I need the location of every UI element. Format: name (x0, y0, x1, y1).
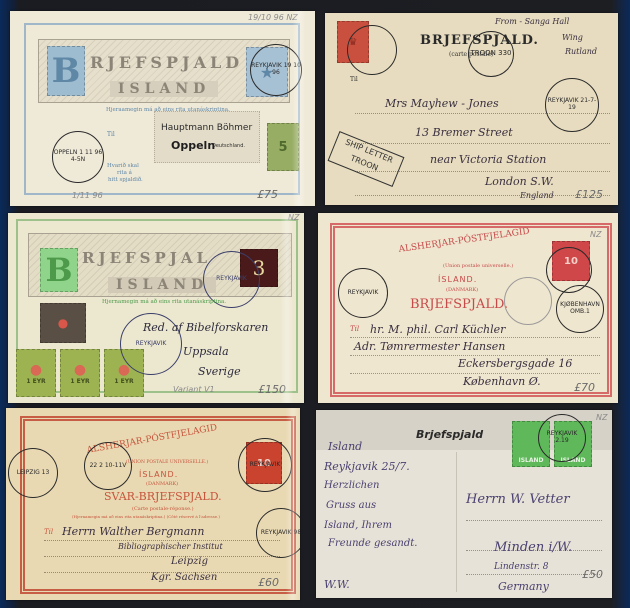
stamp-value: 1 EYR (114, 378, 133, 385)
postcard-2: ♛ Til BRJEFSPJALD. (carte postale) TROON… (325, 13, 618, 205)
country-sub: (DANMARK) (146, 481, 178, 487)
initial-b-panel: B (40, 248, 78, 292)
postcard-4: ALSHERJAR-PÓSTFJELAGID (Union postale un… (318, 213, 618, 403)
to-label: Til (350, 325, 359, 333)
price-tag: £60 (258, 576, 279, 589)
address-line-1: Herrn Walther Bergmann (62, 525, 204, 538)
address-line-1: Mrs Mayhew - Jones (385, 97, 499, 110)
address-line-2: Bibliographischer Institut (118, 542, 223, 551)
address-line-4: Germany (498, 580, 549, 593)
postmark-oppeln: OPPELN 1 11 96 4-5N (52, 131, 104, 183)
address-line-3: Sverige (198, 365, 241, 378)
message-line-3: Herzlichen (324, 480, 379, 491)
address-line-1: hr. M. phil. Carl Küchler (370, 323, 505, 336)
address-line-2: Minden i/W. (494, 540, 572, 555)
price-tag: £50 (582, 568, 603, 581)
postmark-reykjavik-2: REYKJAVIK 98 (256, 508, 300, 558)
card-title: SVAR-BRJEFSPJALD. (104, 490, 222, 503)
card-title: Brjefspjald (416, 428, 483, 441)
to-label: Til (44, 528, 53, 536)
header-word: RJEFSPJAL (82, 249, 211, 267)
postmark-leipzig: LEIPZIG 13 (8, 448, 58, 498)
divider (456, 452, 457, 592)
country-sub: (DANMARK) (446, 287, 478, 293)
message-line-1: Island (328, 440, 362, 453)
address-line-4: København Ø. (463, 375, 541, 388)
union-sub: (Union postale universelle.) (443, 263, 513, 269)
adhesive-stamp-brown: ● (40, 303, 86, 343)
side-note-1: Hvarið skal (107, 163, 139, 169)
address-line-1: Red. af Bibelforskaren (143, 321, 268, 334)
title-sub: (Carte postale-réponse.) (132, 506, 194, 512)
initial-b-panel: B (47, 46, 85, 96)
address-line-3: near Victoria Station (430, 153, 546, 166)
price-tag: £70 (574, 381, 595, 394)
pencil-corner: NZ (288, 213, 299, 222)
pencil-note: Variant V1 (173, 385, 215, 394)
postcard-5: ALSHERJAR-PÓSTFJELAGID (UNION POSTALE UN… (6, 408, 300, 600)
pencil-corner: NZ (596, 413, 607, 422)
postmark-reykjavik-1: REYKJAVIK (338, 268, 388, 318)
address-line-5: England (520, 191, 554, 200)
message-line-4: Gruss aus (326, 500, 376, 511)
address-line-1: Hauptmann Böhmer (161, 123, 252, 133)
postmark-reykjavik-small (347, 25, 397, 75)
adhesive-stamp-1-eyr-2: ●1 EYR (60, 349, 100, 397)
postmark-reykjavik: REYKJAVIK 21-7-19 (545, 78, 599, 132)
instruction-text: Hjernamegin má að eins rita utanáskripti… (102, 299, 226, 305)
postcard-6: Brjefspjald ISLAND ISLAND REYKJAVIK 2.19… (316, 410, 612, 598)
side-note-3: hitt spjaldið. (108, 177, 143, 183)
union-sub: (UNION POSTALE UNIVERSELLE.) (126, 460, 208, 465)
postcard-3: B RJEFSPJAL ISLAND 3 REYKJAVIK Hjernameg… (8, 213, 304, 403)
address-line-2: Oppeln (171, 139, 215, 152)
postmark-transit: 22 2 10-11V (84, 442, 132, 490)
pencil-corner: NZ (590, 230, 601, 239)
side-note-2: rita á (117, 170, 132, 176)
address-line-4: London S.W. (485, 175, 554, 188)
address-label (154, 111, 260, 163)
ship-letter-cachet: SHIP LETTER TROON (328, 131, 405, 187)
country-banner: ISLAND (108, 277, 216, 293)
address-line-2: Adr. Tømrermester Hansen (354, 340, 505, 353)
message-line-6: Freunde gesandt. (328, 538, 417, 549)
sender-note-2: Wing (562, 33, 583, 42)
address-line-2: 13 Bremer Street (415, 126, 513, 139)
pencil-date: 1/11 96 (72, 191, 103, 200)
country: ÍSLAND. (139, 470, 178, 479)
postmark-troon: TROON 330 (468, 31, 514, 77)
header-word: RJEFSPJALD (90, 53, 243, 72)
instruction-text: (Hjernamegin má að eins rita utanáskript… (72, 514, 220, 519)
message-line-5: Island, Ihrem (324, 520, 392, 531)
sender-note-3: Rutland (565, 47, 597, 56)
country: ÍSLAND. (438, 275, 477, 284)
sender-note-1: From - Sanga Hall (495, 17, 569, 26)
stamp-text: ISLAND (518, 457, 543, 464)
address-line-4: Kgr. Sachsen (151, 572, 217, 583)
postcard-1: B RJEFSPJALD ISLAND ★ Hjeraamegin má að … (10, 11, 315, 206)
price-tag: £150 (258, 383, 286, 396)
stamp-value: 1 EYR (70, 378, 89, 385)
postmark-reykjavik: REYKJAVIK 2.19 (538, 414, 586, 462)
postmark-reykjavik-1: REYKJAVIK (238, 438, 292, 492)
card-title: BRJEFSPJALD. (410, 297, 508, 312)
address-line-3: Deutschland. (212, 143, 245, 149)
address-line-1: Herrn W. Vetter (466, 492, 570, 507)
to-label: Til (107, 131, 115, 138)
adhesive-stamp-green: 5 (267, 123, 299, 171)
postmark-kobenhavn: KJØBENHAVN OMB.1 (556, 285, 604, 333)
stamp-value: 1 EYR (26, 378, 45, 385)
message-line-2: Reykjavik 25/7. (324, 460, 410, 473)
price-tag: £125 (575, 188, 603, 201)
adhesive-stamp-1-eyr-1: ●1 EYR (16, 349, 56, 397)
address-line-2: Uppsala (183, 345, 229, 358)
country-banner: ISLAND (110, 81, 218, 97)
price-tag: £75 (257, 188, 278, 201)
postmark-reykjavik: REYKJAVIK 19 10 96 (250, 44, 302, 96)
signature: W.W. (324, 578, 350, 591)
address-line-3: Eckersbergsgade 16 (458, 357, 572, 370)
address-line-3: Leipzig (171, 556, 208, 567)
address-line-3: Lindenstr. 8 (494, 562, 549, 572)
to-label: Til (350, 76, 358, 83)
pencil-note: 19/10 96 NZ (248, 13, 298, 22)
postmark-faint (504, 277, 552, 325)
